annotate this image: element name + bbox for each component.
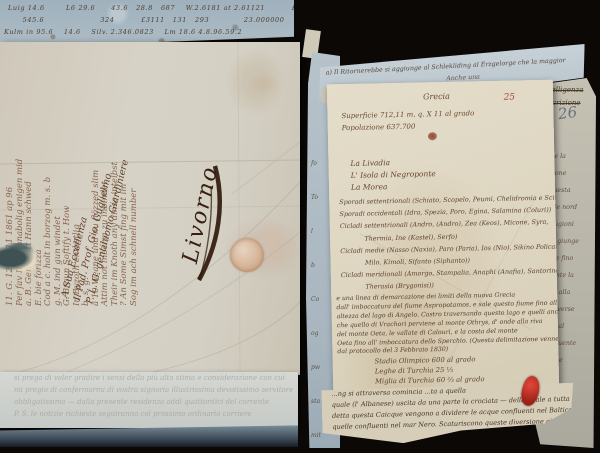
margin-fragment: sta: [311, 385, 321, 419]
show-through-line: si prega di voler gradire i sensi della …: [0, 372, 298, 384]
measures-block: Stadio Olimpico 600 al gradoLeghe di Tur…: [375, 355, 485, 387]
blue-accounts-paper: Luig 14.6 L6 29.6 43.6 28.8 687 W.2.6181…: [0, 0, 294, 46]
page-number-26: 26: [557, 103, 578, 123]
margin-fragment: mit: [311, 419, 321, 453]
margin-fragment: og: [311, 317, 321, 351]
region-line: La Morea: [351, 180, 436, 194]
margin-fragment: To: [311, 181, 321, 215]
stain: [246, 72, 280, 96]
margin-fragment: Co: [311, 283, 321, 317]
stain: [258, 212, 288, 268]
boundary-paragraph: e una linea di demarcazione dei limiti d…: [336, 291, 555, 358]
margin-fragment: fo: [311, 147, 321, 181]
accounts-line: Kulm in 95.6 14.6 Silv. 2.346.0823 Lm 18…: [4, 28, 242, 36]
show-through-line: obbligatissimo — dalla presente residenz…: [0, 396, 298, 408]
torn-teal-patch: [0, 243, 38, 273]
photo-stage: Luig 14.6 L6 29.6 43.6 28.8 687 W.2.6181…: [0, 0, 600, 453]
region-line: L' Isola di Negroponte: [351, 168, 436, 182]
show-through-line: mi pregio di confermarmi di vostra signo…: [0, 384, 298, 396]
margin-fragment: pw: [311, 351, 321, 385]
left-margin-fragments: foTolbCoogpwstamit: [311, 147, 321, 453]
page-heading: Grecia: [423, 92, 450, 102]
stats-block: Superficie 712,11 m. q. X 11 al gradoPop…: [341, 107, 474, 134]
page-number-25: 25: [504, 92, 516, 102]
margin-fragment: l: [311, 215, 321, 249]
show-through-line: P. S. le notizie richieste seguiranno co…: [0, 408, 298, 420]
regions-block: La LivadiaL' Isola di NegroponteLa Morea: [350, 156, 436, 194]
grecia-notes-page: Grecia 25 Superficie 712,11 m. q. X 11 a…: [327, 80, 559, 393]
accounts-line: 545.6 324 £3111 131 293 23.000000: [12, 16, 284, 24]
ink-blot: [428, 132, 437, 140]
measure-line: Miglia di Turchia 60 ⅔ al grado: [375, 375, 485, 387]
under-paper-show-through: si prega di voler gradire i sensi della …: [0, 372, 298, 428]
stat-line: Popolazione 637.700: [342, 119, 475, 134]
accounts-line: Luig 14.6 L6 29.6 43.6 28.8 687 W.2.6181…: [8, 4, 311, 12]
note-line: a) Il Ritornerebbe si aggiunge al Schlek…: [326, 57, 566, 77]
island-groups-block: Sporadi settentrionali (Schiato, Scopelo…: [339, 192, 555, 294]
margin-fragment: b: [311, 249, 321, 283]
